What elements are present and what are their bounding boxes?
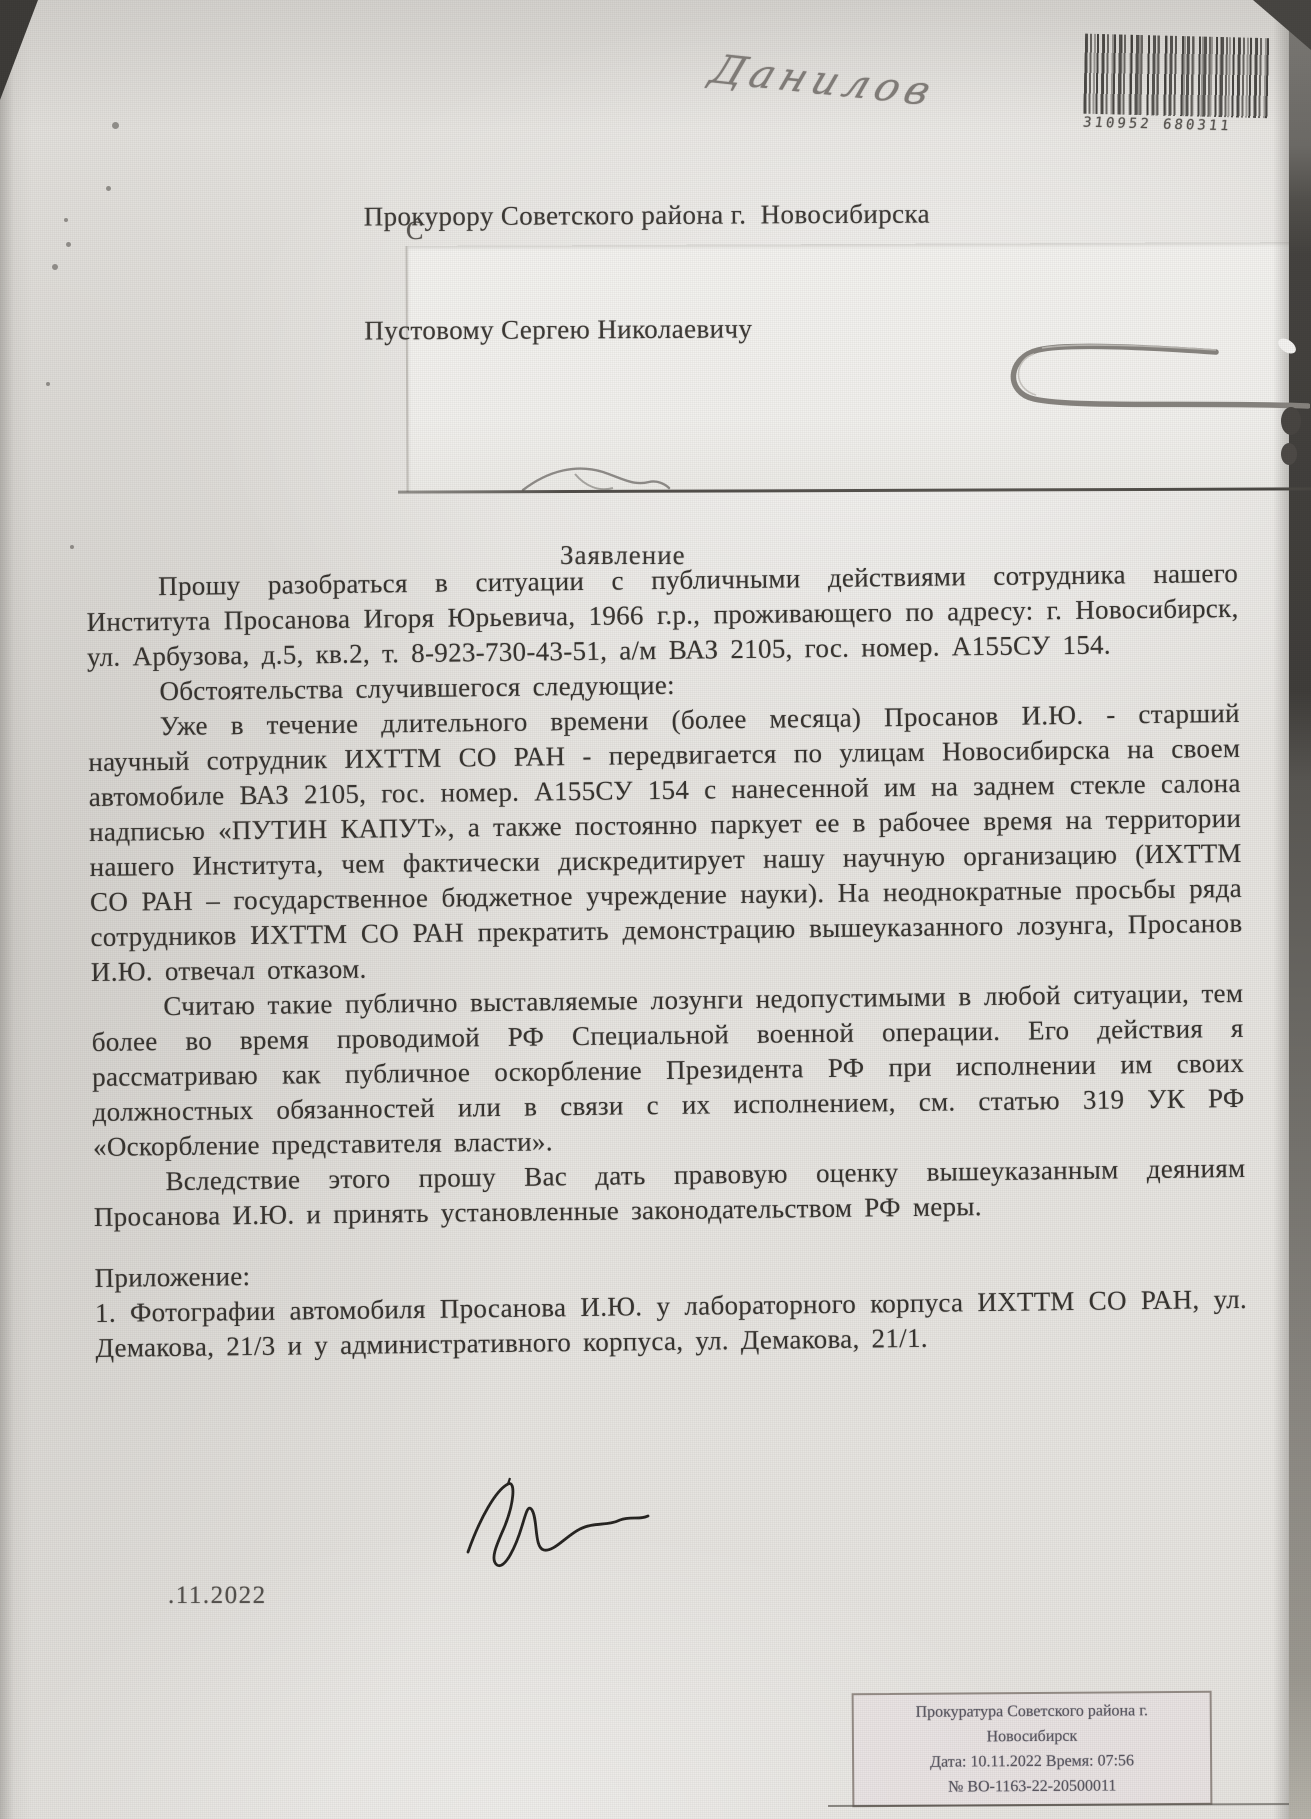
recipient-line-2: Пустовому Сергею Николаевичу (364, 309, 930, 350)
recipient-line-1: Прокурору Советского района г. Новосибир… (364, 195, 930, 236)
scan-speck (112, 122, 119, 129)
scan-corner-artifact-topleft (0, 0, 38, 100)
scan-speck (70, 545, 74, 549)
registration-stamp: Прокуратура Советского района г. Новосиб… (852, 1691, 1213, 1808)
attachment-item: 1. Фотографии автомобиля Просанова И.Ю. … (95, 1282, 1248, 1366)
paragraph-4: Считаю такие публично выставляемые лозун… (91, 976, 1245, 1165)
document-body: Прошу разобраться в ситуации с публичным… (86, 556, 1248, 1366)
paperclip (990, 326, 1310, 466)
scan-speck (46, 382, 50, 386)
document-date: .11.2022 (168, 1582, 267, 1610)
scan-speck (64, 218, 68, 222)
stamp-office-line-2: Новосибирск (986, 1724, 1077, 1750)
signature-scribble (450, 1476, 670, 1576)
scan-speck (106, 186, 111, 191)
stamp-date-time: Дата: 10.11.2022 Время: 07:56 (930, 1748, 1134, 1774)
barcode-bars (1083, 34, 1271, 119)
stamp-registration-number: № ВО-1163-22-20500011 (948, 1773, 1116, 1799)
paragraph-1: Прошу разобраться в ситуации с публичным… (86, 556, 1239, 675)
page-edge-band (1289, 0, 1311, 1819)
recipient-block: Прокурору Советского района г. Новосибир… (363, 119, 931, 426)
covered-handwriting-trace (515, 456, 675, 501)
barcode: 310952 680311 (1083, 34, 1277, 136)
barcode-number: 310952 680311 (1082, 115, 1276, 136)
paragraph-3: Уже в течение длительного времени (более… (88, 696, 1243, 990)
stamp-office-line-1: Прокуратура Советского района г. (915, 1698, 1148, 1725)
handwritten-annotation: Данилов (705, 47, 943, 115)
paragraph-5: Вследствие этого прошу Вас дать правовую… (93, 1151, 1246, 1235)
scan-speck (52, 264, 58, 270)
scanned-document-page: Данилов 310952 680311 Прокурору Советско… (0, 0, 1311, 1819)
scan-speck (66, 242, 71, 247)
